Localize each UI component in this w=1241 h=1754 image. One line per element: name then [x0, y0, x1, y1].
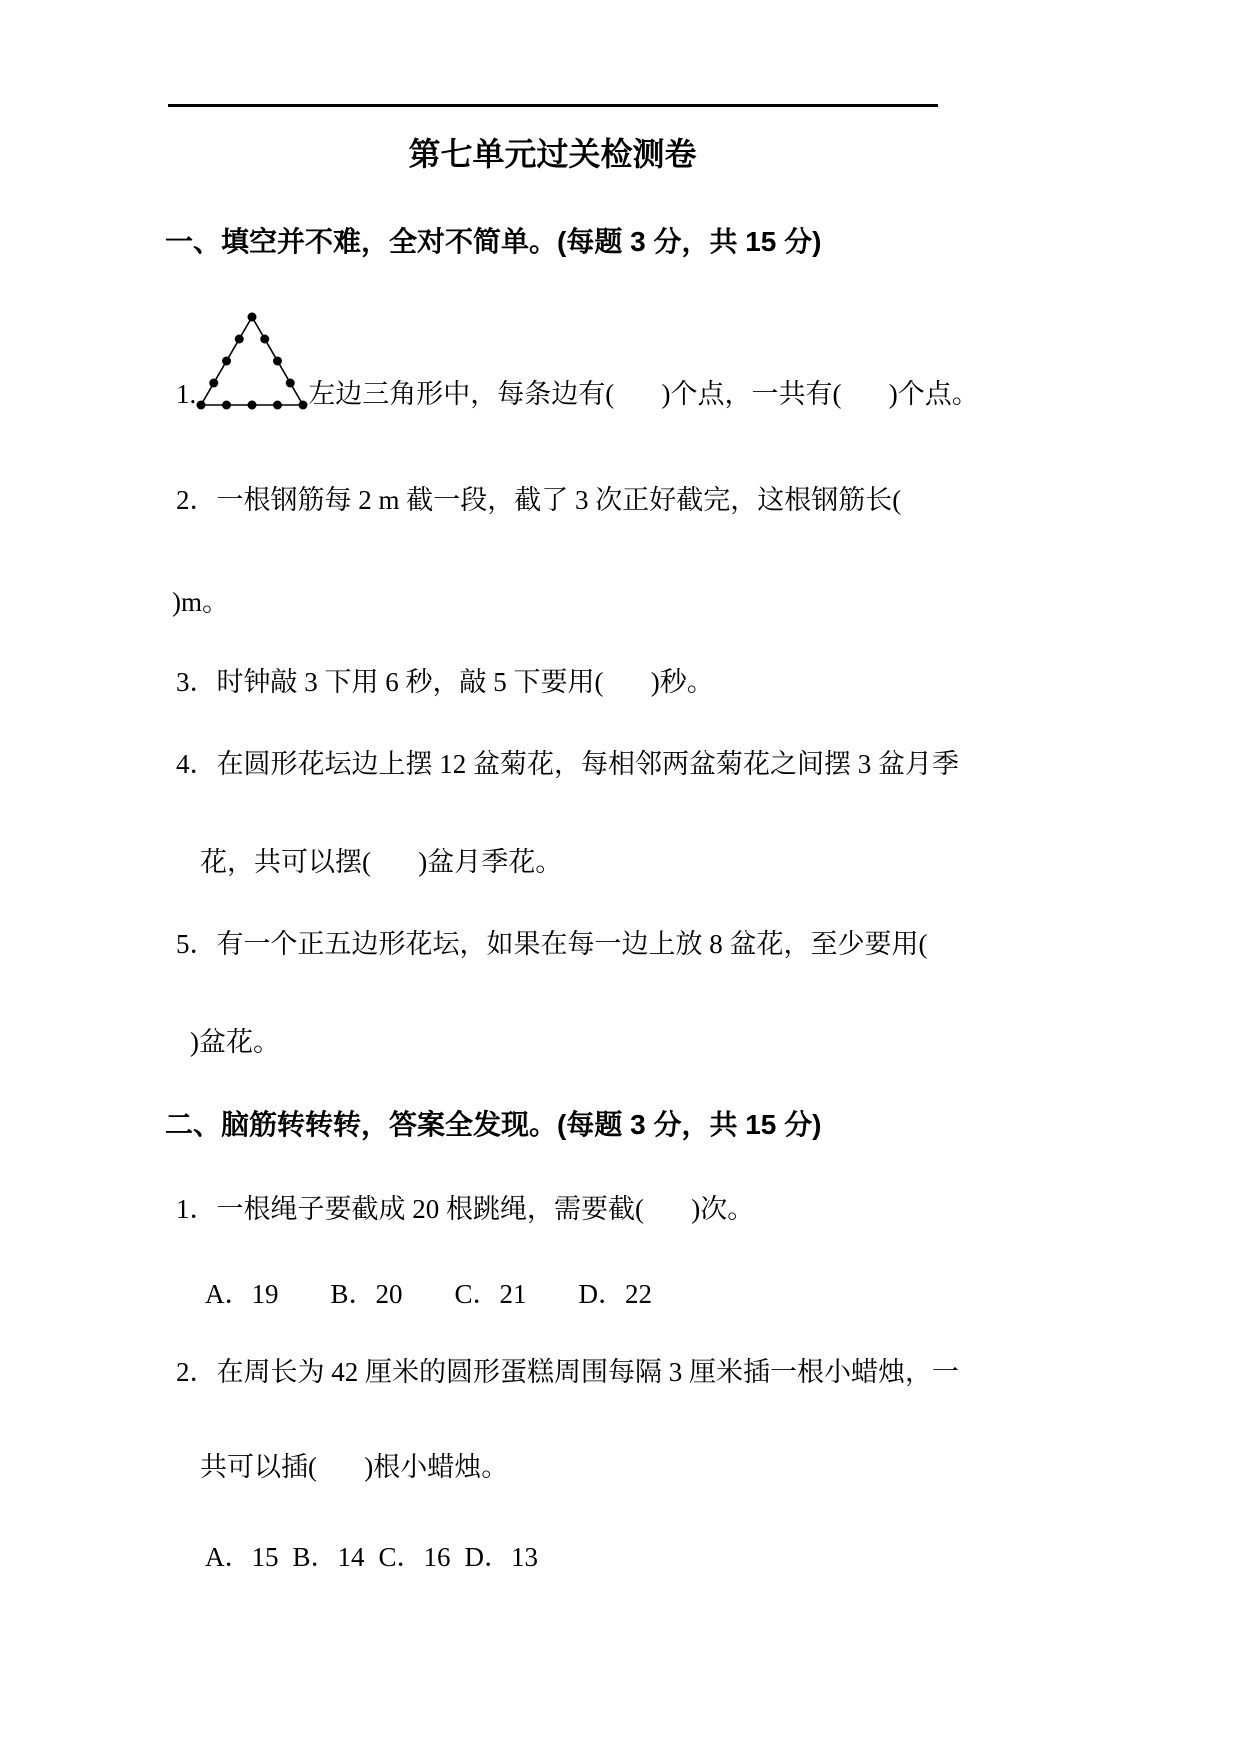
option-b: B．20	[331, 1276, 403, 1312]
option-c: C．21	[455, 1276, 527, 1312]
option-a: A．19	[205, 1276, 279, 1312]
section2-question2-line1: 2．在周长为 42 厘米的圆形蛋糕周围每隔 3 厘米插一根小蜡烛，一	[176, 1354, 959, 1390]
section1-heading: 一、填空并不难，全对不简单。(每题 3 分，共 15 分)	[165, 224, 822, 260]
header-rule	[168, 104, 938, 107]
question5-line2: )盆花。	[190, 1024, 280, 1060]
section2-heading: 二、脑筋转转转，答案全发现。(每题 3 分，共 15 分)	[165, 1107, 822, 1143]
section2-question1-text: 1．一根绳子要截成 20 根跳绳，需要截( )次。	[176, 1191, 754, 1227]
question4-line1: 4．在圆形花坛边上摆 12 盆菊花，每相邻两盆菊花之间摆 3 盆月季	[176, 746, 959, 782]
question1-text: 左边三角形中，每条边有( )个点，一共有( )个点。	[308, 376, 978, 412]
option-d: D．13	[465, 1539, 539, 1575]
document-page: 第七单元过关检测卷 一、填空并不难，全对不简单。(每题 3 分，共 15 分) …	[0, 0, 1241, 1754]
option-c: C．16	[379, 1539, 451, 1575]
question5-line1: 5．有一个正五边形花坛，如果在每一边上放 8 盆花，至少要用(	[176, 926, 928, 962]
section2-question1-options: A．19 B．20 C．21 D．22	[205, 1276, 652, 1312]
question3-text: 3．时钟敲 3 下用 6 秒，敲 5 下要用( )秒。	[176, 664, 714, 700]
option-a: A．15	[205, 1539, 279, 1575]
section2-question2-line2: 共可以插( )根小蜡烛。	[200, 1449, 508, 1485]
question2-line1: 2．一根钢筋每 2 m 截一段，截了 3 次正好截完，这根钢筋长(	[176, 482, 901, 518]
section1-question1: 1. 左边三角形中，每条边有( )个点，一共有( )个点。	[176, 307, 979, 412]
option-d: D．22	[579, 1276, 653, 1312]
triangle-dots-figure	[196, 307, 308, 412]
option-b: B．14	[293, 1539, 365, 1575]
question1-number: 1.	[176, 376, 196, 412]
exam-title: 第七单元过关检测卷	[165, 134, 940, 174]
section2-question2-options: A．15 B．14 C．16 D．13	[205, 1539, 538, 1575]
question4-line2: 花，共可以摆( )盆月季花。	[200, 844, 562, 880]
question2-line2: )m。	[172, 584, 229, 620]
